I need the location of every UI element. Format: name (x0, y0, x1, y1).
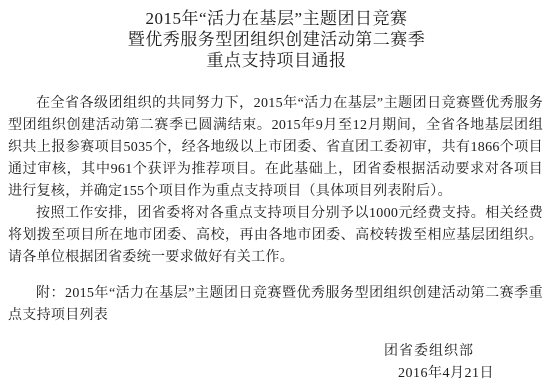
body-paragraph-2: 按照工作安排，团省委将对各重点支持项目分别予以1000元经费支持。相关经费将划拨… (0, 203, 553, 269)
attachment-note: 附：2015年“活力在基层”主题团日竞赛暨优秀服务型团组织创建活动第二赛季重点支… (0, 283, 553, 327)
signature-organization: 团省委组织部 (384, 341, 553, 363)
signature-block: 团省委组织部 2016年4月21日 (0, 341, 553, 385)
title-line-1: 2015年“活力在基层”主题团日竞赛 (10, 8, 543, 29)
title-line-3: 重点支持项目通报 (10, 50, 543, 71)
notice-document-page: 2015年“活力在基层”主题团日竞赛 暨优秀服务型团组织创建活动第二赛季 重点支… (0, 0, 553, 386)
document-title: 2015年“活力在基层”主题团日竞赛 暨优秀服务型团组织创建活动第二赛季 重点支… (10, 8, 543, 71)
body-paragraph-1: 在全省各级团组织的共同努力下，2015年“活力在基层”主题团日竞赛暨优秀服务型团… (0, 93, 553, 203)
title-line-2: 暨优秀服务型团组织创建活动第二赛季 (10, 29, 543, 50)
signature-date: 2016年4月21日 (398, 363, 553, 385)
